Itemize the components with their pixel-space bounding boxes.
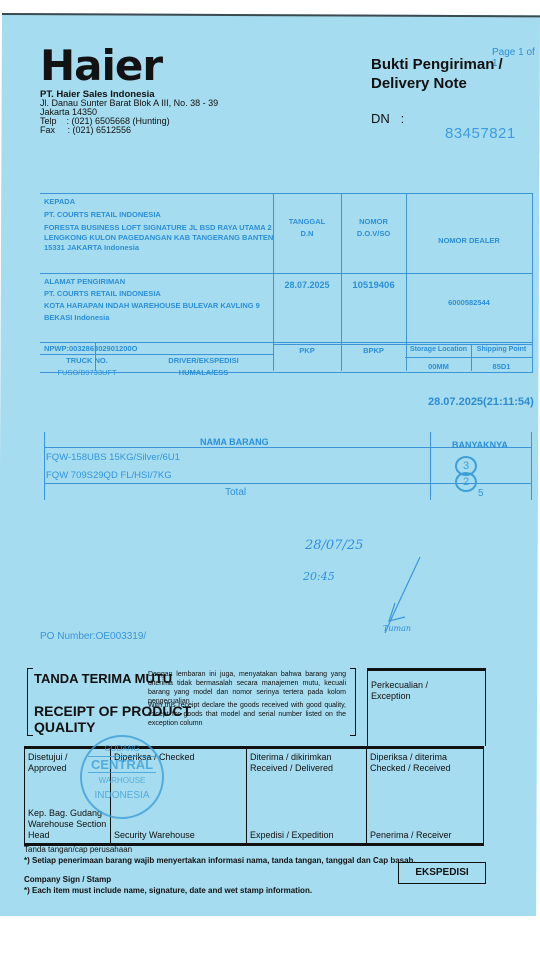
shipping-header: Shipping Point <box>471 346 532 353</box>
dealer-header: NOMOR DEALER <box>406 236 532 245</box>
signature-received[interactable]: Diperiksa / diterimaChecked / Received P… <box>366 749 484 843</box>
pkp-header: PKP <box>273 346 341 355</box>
receipt-text-en: With this receipt declare the goods rece… <box>148 701 346 728</box>
nomor-header: NOMORD.O.V/SO <box>341 216 406 240</box>
npwp: NPWP:003286302901200O <box>44 344 137 354</box>
item-row: FQW-158UBS 15KG/Silver/6U1 <box>46 452 180 463</box>
storage-value: 00MM <box>406 362 471 371</box>
banyaknya-header: BANYAKNYA <box>452 440 508 450</box>
signature-delivered[interactable]: Diterima / dikirimkanReceived / Delivere… <box>246 749 366 843</box>
item-row: FQW 709S29QD FL/HSI/7KG <box>46 470 172 481</box>
receipt-bracket-right <box>350 668 356 736</box>
truck-value: FUSO/B9733UFT <box>40 368 134 377</box>
kepada-name: PT. COURTS RETAIL INDONESIA <box>44 210 273 220</box>
alamat-address-2: BEKASI Indonesia <box>44 313 260 323</box>
signature-mark <box>375 555 425 635</box>
po-number: PO Number:OE003319/ <box>40 631 146 642</box>
kepada-address-2: LENGKONG KULON PAGEDANGAN KAB TANGERANG … <box>44 233 273 243</box>
kepada-section: KEPADA PT. COURTS RETAIL INDONESIA FORES… <box>44 197 273 253</box>
handwritten-time: 20:45 <box>303 570 335 583</box>
bpkp-header: BPKP <box>341 346 406 355</box>
alamat-section: ALAMAT PENGIRIMAN PT. COURTS RETAIL INDO… <box>44 277 260 323</box>
tanggal-value: 28.07.2025 <box>273 280 341 290</box>
nomor-value: 10519406 <box>341 280 406 291</box>
driver-header: DRIVER/EKSPEDISI <box>134 356 273 365</box>
dn-label: DN : <box>371 111 404 126</box>
title-line-1: Bukti Pengiriman / <box>371 55 503 74</box>
dn-number: 83457821 <box>445 125 516 142</box>
dealer-value: 6000582544 <box>406 298 532 307</box>
notes: Tanda tangan/cap perusahaan *) Setiap pe… <box>24 844 416 896</box>
kepada-label: KEPADA <box>44 197 273 207</box>
kepada-address-1: FORESTA BUSINESS LOFT SIGNATURE JL BSD R… <box>44 223 273 233</box>
storage-header: Storage Location <box>406 346 471 353</box>
total-value: 5 <box>478 488 484 499</box>
driver-value: HUMALA/ESS <box>134 368 273 377</box>
total-label: Total <box>225 487 246 498</box>
title-line-2: Delivery Note <box>371 74 503 93</box>
kepada-address-3: 15331 JAKARTA Indonesia <box>44 243 273 253</box>
print-datetime: 28.07.2025(21:11:54) <box>428 396 534 408</box>
exception-label: Perkecualian /Exception <box>371 680 428 702</box>
company-info: PT. Haier Sales Indonesia Jl. Danau Sunt… <box>40 90 218 135</box>
receipt-bracket-left <box>27 668 33 736</box>
handwritten-date: 28/07/25 <box>305 538 363 553</box>
item-qty-circle: 2 <box>455 472 477 492</box>
alamat-name: PT. COURTS RETAIL INDONESIA <box>44 289 260 299</box>
note-id-text: *) Setiap penerimaan barang wajib menyer… <box>24 855 416 866</box>
truck-header: TRUCK NO. <box>40 356 134 365</box>
copy-label: EKSPEDISI <box>398 862 486 884</box>
document-title: Bukti Pengiriman / Delivery Note <box>371 55 503 93</box>
warehouse-stamp: GUDANG CENTRAL WARHOUSE INDONESIA <box>80 735 164 819</box>
note-en-title: Company Sign / Stamp <box>24 874 416 885</box>
nama-barang-header: NAMA BARANG <box>200 437 269 447</box>
note-id-title: Tanda tangan/cap perusahaan <box>24 844 416 855</box>
note-en-text: *) Each item must include name, signatur… <box>24 885 416 896</box>
alamat-address-1: KOTA HARAPAN INDAH WAREHOUSE BULEVAR KAV… <box>44 301 260 311</box>
company-fax: Fax : (021) 6512556 <box>40 126 218 135</box>
item-name: FQW 709S29QD FL/HSI/7KG <box>46 470 172 481</box>
tanggal-header: TANGGALD.N <box>273 216 341 240</box>
alamat-label: ALAMAT PENGIRIMAN <box>44 277 260 287</box>
shipping-value: 85D1 <box>471 362 532 371</box>
haier-logo: Haier <box>40 45 162 87</box>
page-margin <box>0 916 540 960</box>
item-name: FQW-158UBS 15KG/Silver/6U1 <box>46 452 180 463</box>
